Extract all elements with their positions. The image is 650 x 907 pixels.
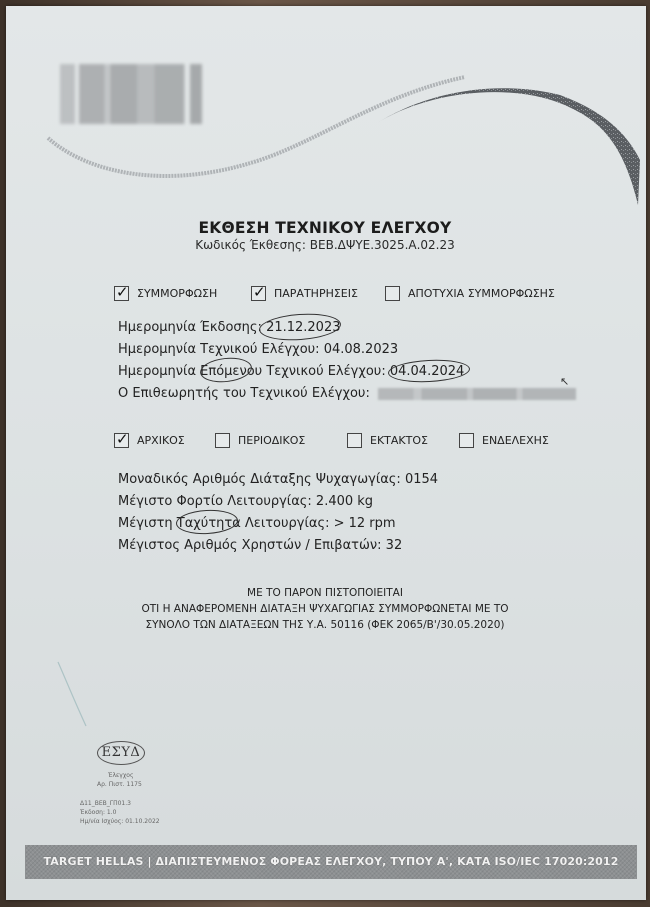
report-code: Κωδικός Έκθεσης: ΒΕΒ.ΔΨΥΕ.3025.Α.02.23 [0, 238, 650, 252]
check-mark-icon: ✓ [116, 283, 129, 301]
form-effective-date: Ημ/νία Ισχύος: 01.10.2022 [80, 818, 160, 825]
checkbox-label: ΠΑΡΑΤΗΡΗΣΕΙΣ [274, 287, 358, 300]
checkbox-periodic[interactable]: ΠΕΡΙΟΔΙΚΟΣ [215, 433, 305, 448]
checkbox-box[interactable] [385, 286, 400, 301]
inspection-date-label: Ημερομηνία Τεχνικού Ελέγχου: [118, 342, 320, 357]
checkbox-label: ΑΠΟΤΥΧΙΑ ΣΥΜΜΟΡΦΩΣΗΣ [408, 287, 555, 300]
header-swoosh-decoration [0, 0, 650, 240]
checkbox-non-compliance[interactable]: ΑΠΟΤΥΧΙΑ ΣΥΜΜΟΡΦΩΣΗΣ [385, 286, 555, 301]
report-code-label: Κωδικός Έκθεσης: [195, 238, 306, 252]
certification-line: ΜΕ ΤΟ ΠΑΡΟΝ ΠΙΣΤΟΠΟΙΕΙΤΑΙ [0, 587, 650, 599]
spec-label: Μέγιστο Φορτίο Λειτουργίας: [118, 494, 312, 509]
certification-line: ΟΤΙ Η ΑΝΑΦΕΡΟΜΕΝΗ ΔΙΑΤΑΞΗ ΨΥΧΑΓΩΓΙΑΣ ΣΥΜ… [0, 603, 650, 615]
spec-row-max-load: Μέγιστο Φορτίο Λειτουργίας: 2.400 kg [118, 494, 373, 509]
inspection-date-value: 04.08.2023 [324, 342, 398, 357]
next-inspection-date-label: Ημερομηνία Επόμενου Τεχνικού Ελέγχου: [118, 364, 386, 379]
form-edition: Έκδοση: 1.0 [80, 809, 116, 816]
checkbox-label: ΣΥΜΜΟΡΦΩΣΗ [137, 287, 217, 300]
form-code: Δ11_ΒΕΒ_ΓΠ01.3 [80, 800, 131, 807]
handwritten-mark: ↖ [560, 375, 569, 388]
checkbox-box[interactable] [215, 433, 230, 448]
checkbox-label: ΕΝΔΕΛΕΧΗΣ [482, 434, 549, 447]
inspector-name-redacted [378, 388, 576, 400]
spec-row-max-speed: Μέγιστη Ταχύτητα Λειτουργίας: > 12 rpm [118, 516, 396, 531]
accreditation-line: Έλεγχος [108, 772, 133, 779]
esyd-accreditation-logo: ΕΣΥΔ [97, 741, 145, 765]
checkbox-box[interactable] [347, 433, 362, 448]
certification-line: ΣΥΝΟΛΟ ΤΩΝ ΔΙΑΤΑΞΕΩΝ ΤΗΣ Υ.Α. 50116 (ΦΕΚ… [0, 619, 650, 631]
checkbox-initial[interactable]: ✓ ΑΡΧΙΚΟΣ [114, 433, 185, 448]
issue-date-label: Ημερομηνία Έκδοσης: [118, 320, 262, 335]
report-title: ΕΚΘΕΣΗ ΤΕΧΝΙΚΟΥ ΕΛΕΓΧΟΥ [0, 219, 650, 237]
check-mark-icon: ✓ [116, 430, 129, 448]
spec-row-max-passengers: Μέγιστος Αριθμός Χρηστών / Επιβατών: 32 [118, 538, 402, 553]
checkbox-label: ΠΕΡΙΟΔΙΚΟΣ [238, 434, 305, 447]
spec-value: > 12 rpm [334, 516, 396, 531]
spec-label: Μέγιστος Αριθμός Χρηστών / Επιβατών: [118, 538, 382, 553]
inspection-date-row: Ημερομηνία Τεχνικού Ελέγχου: 04.08.2023 [118, 342, 398, 357]
checkbox-extraordinary[interactable]: ΕΚΤΑΚΤΟΣ [347, 433, 428, 448]
checkbox-label: ΑΡΧΙΚΟΣ [137, 434, 185, 447]
checkbox-remarks[interactable]: ✓ ΠΑΡΑΤΗΡΗΣΕΙΣ [251, 286, 358, 301]
checkbox-thorough[interactable]: ΕΝΔΕΛΕΧΗΣ [459, 433, 549, 448]
checkbox-box[interactable]: ✓ [114, 286, 129, 301]
scratch-mark [56, 660, 96, 730]
spec-value: 0154 [405, 472, 438, 487]
inspector-label: Ο Επιθεωρητής του Τεχνικού Ελέγχου: [118, 386, 370, 401]
checkbox-compliance[interactable]: ✓ ΣΥΜΜΟΡΦΩΣΗ [114, 286, 217, 301]
footer-text: TARGET HELLAS | ΔΙΑΠΙΣΤΕΥΜΕΝΟΣ ΦΟΡΕΑΣ ΕΛ… [25, 855, 637, 868]
spec-value: 2.400 kg [316, 494, 373, 509]
checkbox-label: ΕΚΤΑΚΤΟΣ [370, 434, 428, 447]
spec-row-device-id: Μοναδικός Αριθμός Διάταξης Ψυχαγωγίας: 0… [118, 472, 438, 487]
checkbox-box[interactable]: ✓ [114, 433, 129, 448]
checkbox-box[interactable] [459, 433, 474, 448]
check-mark-icon: ✓ [253, 283, 266, 301]
spec-label: Μοναδικός Αριθμός Διάταξης Ψυχαγωγίας: [118, 472, 401, 487]
accreditation-number: Αρ. Πιστ. 1175 [97, 781, 142, 788]
checkbox-box[interactable]: ✓ [251, 286, 266, 301]
report-code-value: ΒΕΒ.ΔΨΥΕ.3025.Α.02.23 [310, 238, 455, 252]
inspector-row: Ο Επιθεωρητής του Τεχνικού Ελέγχου: [118, 386, 576, 401]
spec-value: 32 [386, 538, 403, 553]
